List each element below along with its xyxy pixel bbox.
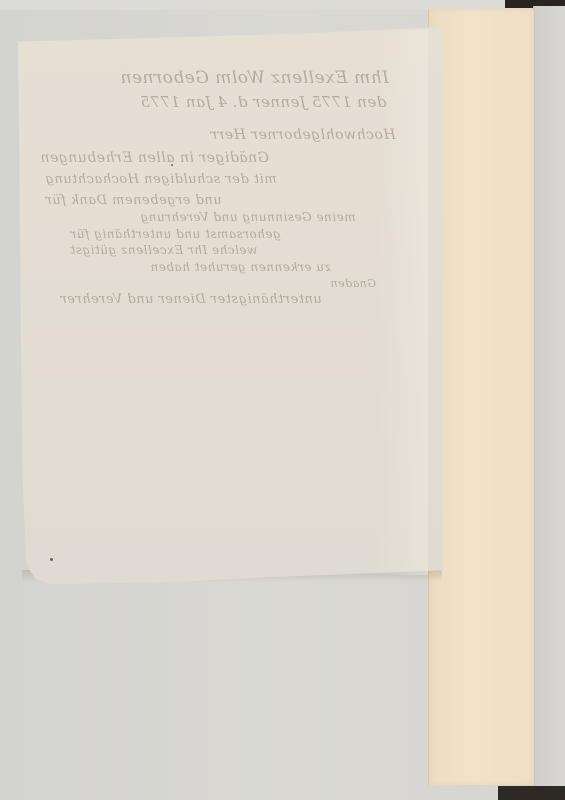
show-through-line: Gnädiger in allen Erhebungen <box>40 150 269 166</box>
book-cover-corner-bottom <box>498 786 565 800</box>
page-fore-edge <box>533 6 565 786</box>
show-through-line: Ihm Exellenz Wolm Gebornen <box>120 68 389 88</box>
show-through-line: mit der schuldigen Hochachtung <box>45 172 277 187</box>
show-through-line: und ergebenem Dank für <box>45 193 222 208</box>
show-through-line: welche Ihr Excellenz gütigst <box>70 243 257 257</box>
show-through-line: den 1775 Jenner d. 4 Jan 1775 <box>140 93 386 111</box>
sheet-fold-band <box>378 30 428 575</box>
ink-speck <box>171 164 173 166</box>
show-through-line: meine Gesinnung und Verehrung <box>140 210 356 224</box>
show-through-line: unterthänigster Diener und Verehrer <box>60 292 322 307</box>
show-through-line: zu erkennen geruhet haben <box>150 260 331 274</box>
show-through-line: Gnaden <box>330 277 376 290</box>
show-through-line: Hochwohlgeborner Herr <box>210 127 396 143</box>
ink-speck <box>50 558 53 561</box>
guard-strip <box>428 9 535 785</box>
show-through-line: gehorsamst und unterthänig für <box>70 227 281 241</box>
